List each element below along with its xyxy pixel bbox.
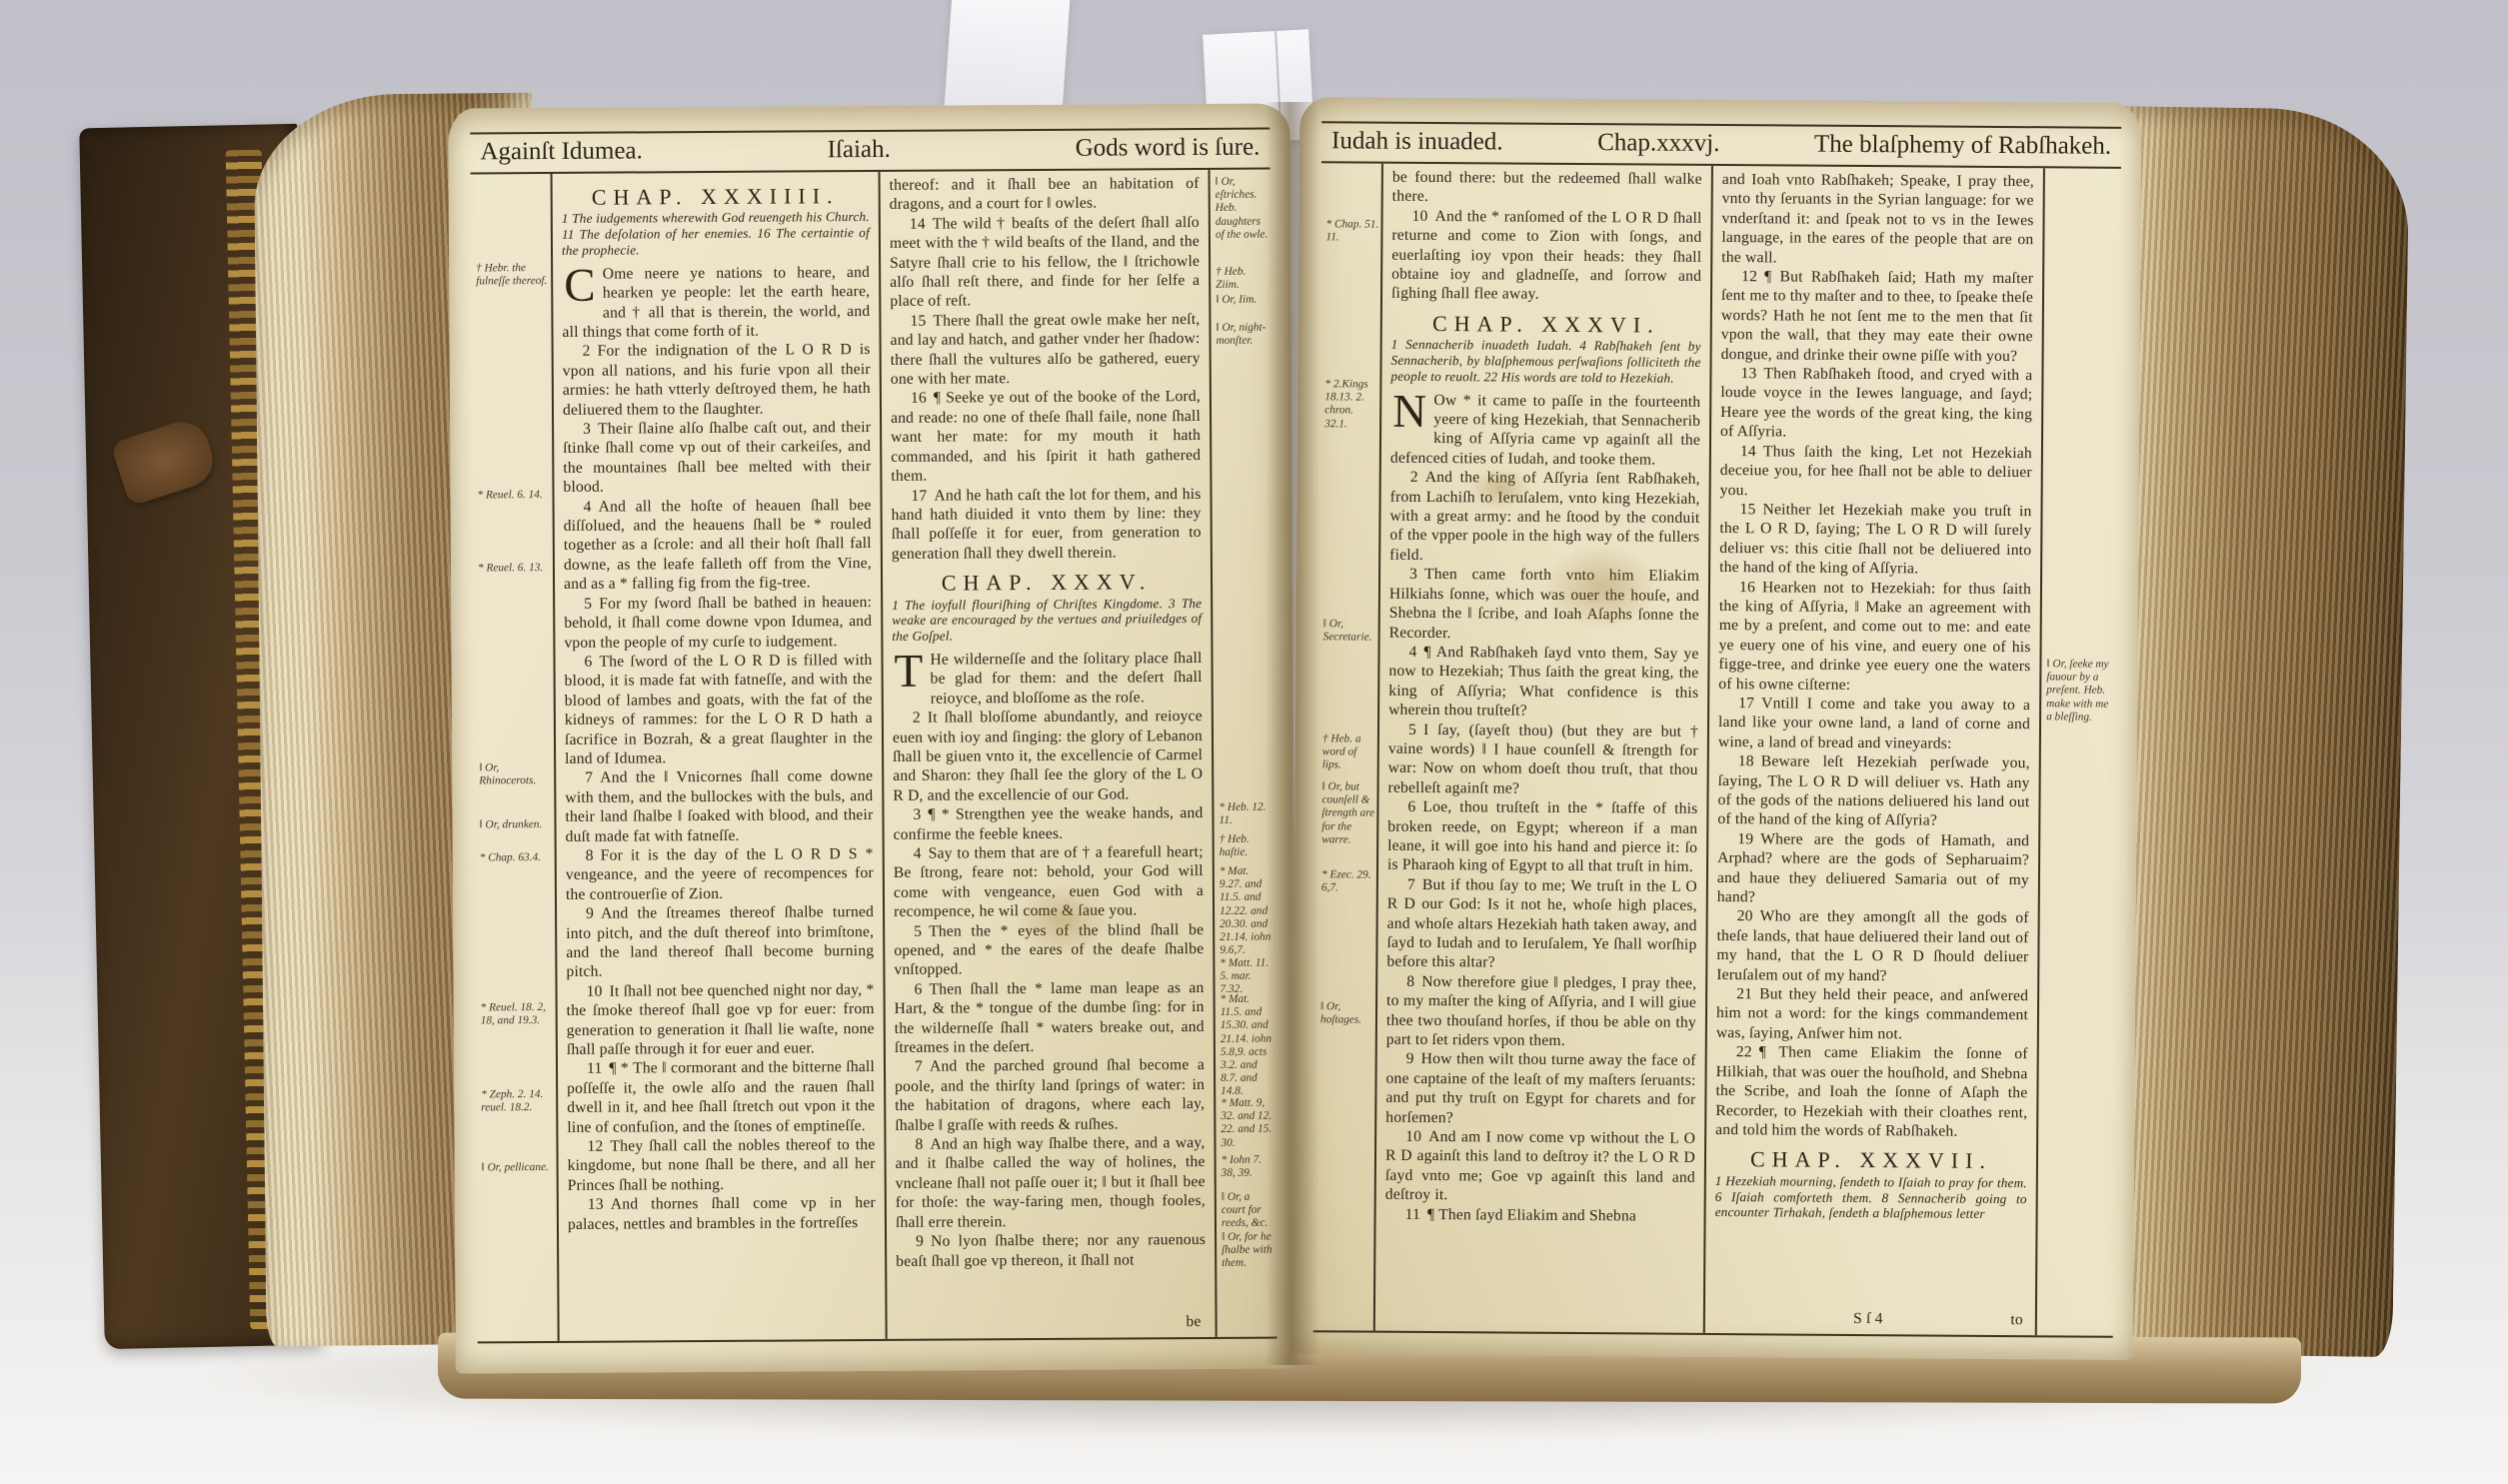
verse-number: 16	[1739, 579, 1762, 596]
verse-number: 6	[914, 980, 929, 997]
verse-text: 8Now therefore giue ‖ pledges, I pray th…	[1386, 972, 1697, 1052]
right-page: Iudah is inuaded. Chap.xxxvj. The blaſph…	[1291, 97, 2142, 1360]
catchword: to	[1979, 1309, 2023, 1329]
verse-number: 3	[1409, 566, 1424, 583]
margin-note: * Zeph. 2. 14. reuel. 18.2.	[481, 1088, 554, 1115]
margin-note: ‖ Or, night-monſter.	[1216, 322, 1268, 349]
verse-text-continued: and Ioah vnto Rabſhakeh; Speake, I pray …	[1721, 170, 2034, 269]
signature-mark: S ſ 4	[1717, 1308, 1979, 1329]
text-column: thereof: and it ſhall bee an habitation …	[881, 170, 1218, 1339]
verse-text: 9How then wilt thou turne away the face …	[1385, 1049, 1696, 1129]
verse-text: 15Neither let Hezekiah make you truſt in…	[1719, 500, 2032, 580]
verse-number: 10	[586, 982, 609, 999]
running-head-left: Iudah is inuaded.	[1331, 127, 1503, 156]
chapter-summary: 1 The iudgements wherewith God reuengeth…	[562, 209, 870, 258]
verse-text: 16Hearken not to Hezekiah: for thus ſait…	[1718, 578, 2031, 697]
verse-number: 13	[588, 1196, 611, 1213]
verse-text: 13And thornes ſhall come vp in her palac…	[568, 1193, 876, 1234]
verse-text: 3¶ * Strengthen yee the weake hands, and…	[893, 803, 1203, 844]
margin-note: ‖ Or, eſtriches. Heb. daughters of the o…	[1216, 176, 1268, 242]
verse-number: 3	[913, 806, 928, 823]
verse-text: 5I ſay, (ſayeſt thou) (but they are but …	[1388, 720, 1699, 799]
verse-text: 4¶ And Rabſhakeh ſayd vnto them, Say ye …	[1388, 643, 1699, 723]
chapter-heading: CHAP. XXXIIII.	[562, 186, 870, 207]
right-page-text-block: * Chap. 51. 11.* 2.Kings 18.13. 2. chron…	[1313, 163, 2121, 1338]
catchword: be	[1186, 1312, 1201, 1331]
margin-note: ‖ Or, Iim.	[1216, 294, 1268, 308]
verse-number: 2	[583, 343, 598, 360]
verse-number: 12	[587, 1138, 610, 1155]
margin-notes-column: ‖ Or, ſeeke my fauour by a preſent. Heb.…	[2037, 168, 2121, 1336]
verse-text: 3Then came forth vnto him Eliakim Hilkia…	[1389, 565, 1700, 645]
verse-number: 9	[586, 905, 601, 922]
verse-text: 8For it is the day of the L O R D S * ve…	[566, 844, 874, 904]
running-head-center: Chap.xxxvj.	[1597, 129, 1719, 158]
verse-text: 11¶ Then ſayd Eliakim and Shebna	[1385, 1204, 1695, 1226]
chapter-summary: 1 Hezekiah mourning, ſendeth to Iſaiah t…	[1715, 1173, 2027, 1223]
chapter-heading: CHAP. XXXVI.	[1391, 314, 1701, 336]
verse-text: 12¶ But Rabſhakeh ſaid; Hath my maſter ſ…	[1721, 267, 2034, 366]
text-column: and Ioah vnto Rabſhakeh; Speake, I pray …	[1705, 166, 2045, 1335]
verse-text: 6The ſword of the L O R D is filled with…	[564, 651, 873, 768]
verse-text: 12They ſhall call the nobles thereof to …	[567, 1135, 875, 1195]
verse-number: 16	[911, 390, 934, 407]
verse-text: 15There ſhall the great owle make her ne…	[890, 310, 1200, 390]
verse-number: 7	[1407, 876, 1422, 893]
margin-note: ‖ Or, drunken.	[479, 818, 552, 832]
verse-number: 8	[915, 1136, 930, 1153]
margin-note: † Hebr. the fulneſſe thereof.	[476, 262, 549, 289]
verse-text: 4Say to them that are of † a fearefull h…	[894, 842, 1204, 922]
book-gutter	[1265, 102, 1319, 1365]
verse-text: 17Vntill I come and take you away to a l…	[1718, 694, 2030, 753]
verse-text: 14The wild † beaſts of the deſert ſhall …	[890, 213, 1201, 312]
margin-notes-column: † Hebr. the fulneſſe thereof.* Reuel. 6.…	[471, 174, 558, 1341]
text-column: CHAP. XXXIIII.1 The iudgements wherewith…	[551, 172, 888, 1341]
verse-text: 2And the king of Aſſyria ſent Rabſhakeh,…	[1389, 468, 1700, 567]
verse-text: 18Beware leſt Hezekiah perſwade you, ſay…	[1717, 751, 2030, 831]
verse-text: 7But if thou ſay to me; We truſt in the …	[1386, 875, 1697, 974]
verse-text: 10And the * ranſomed of the L O R D ſhal…	[1391, 207, 1702, 306]
verse-number: 14	[1740, 443, 1763, 460]
verse-number: 8	[586, 847, 601, 864]
verse-number: 21	[1736, 985, 1759, 1002]
chapter-summary: 1 The ioyfull flouriſhing of Chriſtes Ki…	[892, 596, 1202, 645]
margin-note: † Heb. haſtie.	[1220, 833, 1272, 860]
verse-number: 5	[914, 922, 929, 939]
verse-number: 3	[583, 421, 598, 438]
margin-note: * Heb. 12. 11.	[1219, 801, 1271, 828]
verse-number: 2	[1410, 469, 1425, 486]
running-head-center: Iſaiah.	[828, 136, 891, 164]
verse-number: 14	[910, 215, 933, 232]
verse-text: 2It ſhall bloſſome abundantly, and reioy…	[893, 707, 1204, 805]
verse-text: 16¶ Seeke ye out of the booke of the Lor…	[891, 387, 1202, 486]
verse-text: COme neere ye nations to heare, and hear…	[562, 263, 870, 343]
margin-note: * Chap. 51. 11.	[1325, 218, 1378, 245]
verse-number: 4	[914, 845, 929, 862]
margin-note: * Reuel. 6. 14.	[477, 489, 550, 503]
text-column: be found there: but the redeemed ſhall w…	[1373, 164, 1713, 1333]
verse-text: 7And the ‖ Vnicornes ſhall come downe wi…	[565, 766, 873, 846]
drop-cap: C	[562, 264, 603, 304]
verse-text: 13Then Rabſhakeh ſtood, and cryed with a…	[1720, 364, 2033, 444]
verse-number: 11	[587, 1060, 610, 1077]
verse-number: 10	[1405, 1128, 1428, 1145]
verse-text: 22¶ Then came Eliakim the ſonne of Hilki…	[1715, 1042, 2028, 1141]
verse-number: 17	[911, 487, 934, 504]
verse-text: 2For the indignation of the L O R D is v…	[563, 340, 871, 420]
chapter-summary: 1 Sennacherib inuadeth Iudah. 4 Rabſhake…	[1390, 337, 1700, 387]
verse-text: 6Loe, thou truſteſt in the * ſtaffe of t…	[1387, 797, 1698, 877]
verse-text: 10It ſhall not bee quenched night nor da…	[566, 980, 874, 1060]
left-page-text-block: † Hebr. the fulneſſe thereof.* Reuel. 6.…	[471, 170, 1277, 1344]
margin-note: ‖ Or, but counſell & ſtrength are for th…	[1321, 780, 1374, 846]
running-head-right: The blaſphemy of Rabſhakeh.	[1814, 131, 2111, 161]
verse-number: 6	[1407, 798, 1422, 815]
verse-text: 4And all the hoſte of heauen ſhall bee d…	[564, 496, 873, 595]
drop-cap: N	[1390, 390, 1433, 430]
margin-note: * Reuel. 18. 2, 18, and 19.3.	[481, 1001, 554, 1028]
verse-text: 3Their ſlaine alſo ſhalbe caſt out, and …	[563, 418, 871, 498]
photo-antique-bible-opening: Againſt Idumea. Iſaiah. Gods word is ſur…	[0, 0, 2508, 1484]
verse-number: 13	[1740, 365, 1763, 382]
margin-note: * Reuel. 6. 13.	[478, 562, 551, 576]
verse-text: 10And am I now come vp without the L O R…	[1385, 1127, 1696, 1207]
verse-text: 9No lyon ſhalbe there; nor any rauenous …	[896, 1230, 1206, 1271]
verse-number: 6	[584, 654, 599, 671]
verse-number: 19	[1737, 830, 1760, 847]
verse-text: 7And the parched ground ſhal become a po…	[895, 1055, 1205, 1135]
verse-number: 15	[1739, 501, 1762, 518]
verse-text-continued: be found there: but the redeemed ſhall w…	[1392, 168, 1702, 209]
verse-text: 20Who are they amongſt all the gods of t…	[1716, 906, 2029, 986]
verse-text: 11¶ * The ‖ cormorant and the bitterne ſ…	[567, 1057, 875, 1137]
verse-text: 9And the ſtreames thereof ſhalbe turned …	[566, 902, 874, 982]
left-running-head: Againſt Idumea. Iſaiah. Gods word is ſur…	[470, 128, 1269, 175]
signature-line: S ſ 4to	[1717, 1308, 2023, 1330]
verse-text: 5For my ſword ſhall be bathed in heauen:…	[564, 593, 872, 653]
margin-note: † Heb. Ziim.	[1216, 266, 1268, 293]
verse-number: 9	[916, 1233, 931, 1250]
verse-number: 5	[584, 595, 599, 612]
running-head-left: Againſt Idumea.	[480, 137, 643, 166]
verse-text: 21But they held their peace, and anſwere…	[1716, 984, 2028, 1044]
margin-note: ‖ Or, ſeeke my fauour by a preſent. Heb.…	[2046, 658, 2115, 724]
verse-number: 4	[1408, 644, 1423, 661]
verse-text: 17And he hath caſt the lot for them, and…	[891, 484, 1201, 564]
margin-notes-column: * Chap. 51. 11.* 2.Kings 18.13. 2. chron…	[1313, 163, 1381, 1330]
drop-cap: T	[892, 651, 930, 691]
verse-number: 18	[1738, 752, 1761, 769]
verse-number: 20	[1737, 908, 1760, 925]
chapter-heading: CHAP. XXXVII.	[1715, 1149, 2027, 1171]
margin-note: * 2.Kings 18.13. 2. chron. 32.1.	[1324, 378, 1377, 431]
margin-note: ‖ Or, Rhinocerots.	[479, 761, 552, 788]
margin-note: † Heb. a word of lips.	[1322, 733, 1375, 772]
verse-number: 17	[1738, 695, 1761, 712]
verse-number: 12	[1741, 268, 1764, 285]
verse-text: 8And an high way ſhalbe there, and a way…	[895, 1133, 1206, 1232]
verse-text: 5Then the * eyes of the blind ſhall be o…	[894, 920, 1204, 980]
verse-text: 19Where are the gods of Hamath, and Arph…	[1717, 829, 2030, 909]
verse-number: 2	[913, 710, 928, 727]
verse-number: 8	[1406, 973, 1421, 990]
verse-number: 9	[1406, 1050, 1421, 1067]
margin-note: * Chap. 63.4.	[480, 851, 553, 865]
chapter-heading: CHAP. XXXV.	[892, 572, 1202, 593]
margin-note: ‖ Or, Secretarie.	[1323, 618, 1376, 645]
margin-note: ‖ Or, hoſtages.	[1320, 1000, 1373, 1027]
verse-text: THe wilderneſſe and the ſolitary place ſ…	[892, 649, 1202, 709]
verse-number: 5	[1408, 721, 1423, 738]
verse-number: 4	[584, 498, 599, 515]
verse-number: 11	[1405, 1206, 1428, 1223]
verse-text: 14Thus ſaith the king, Let not Hezekiah …	[1720, 442, 2032, 502]
running-head-right: Gods word is ſure.	[1076, 134, 1260, 163]
verse-number: 7	[915, 1058, 930, 1075]
margin-note: * Ezec. 29. 6,7.	[1321, 868, 1374, 895]
verse-text: NOw * it came to paſſe in the fourteenth…	[1390, 390, 1701, 470]
left-page: Againſt Idumea. Iſaiah. Gods word is ſur…	[448, 103, 1297, 1373]
verse-number: 7	[585, 769, 600, 786]
right-running-head: Iudah is inuaded. Chap.xxxvj. The blaſph…	[1321, 121, 2121, 169]
verse-text: 6Then ſhall the * lame man leape as an H…	[894, 978, 1204, 1058]
verse-number: 10	[1412, 208, 1435, 225]
margin-note: ‖ Or, pellicane.	[482, 1161, 555, 1175]
verse-number: 15	[910, 312, 933, 329]
verse-number: 22	[1736, 1043, 1759, 1060]
verse-text-continued: thereof: and it ſhall bee an habitation …	[890, 174, 1200, 215]
